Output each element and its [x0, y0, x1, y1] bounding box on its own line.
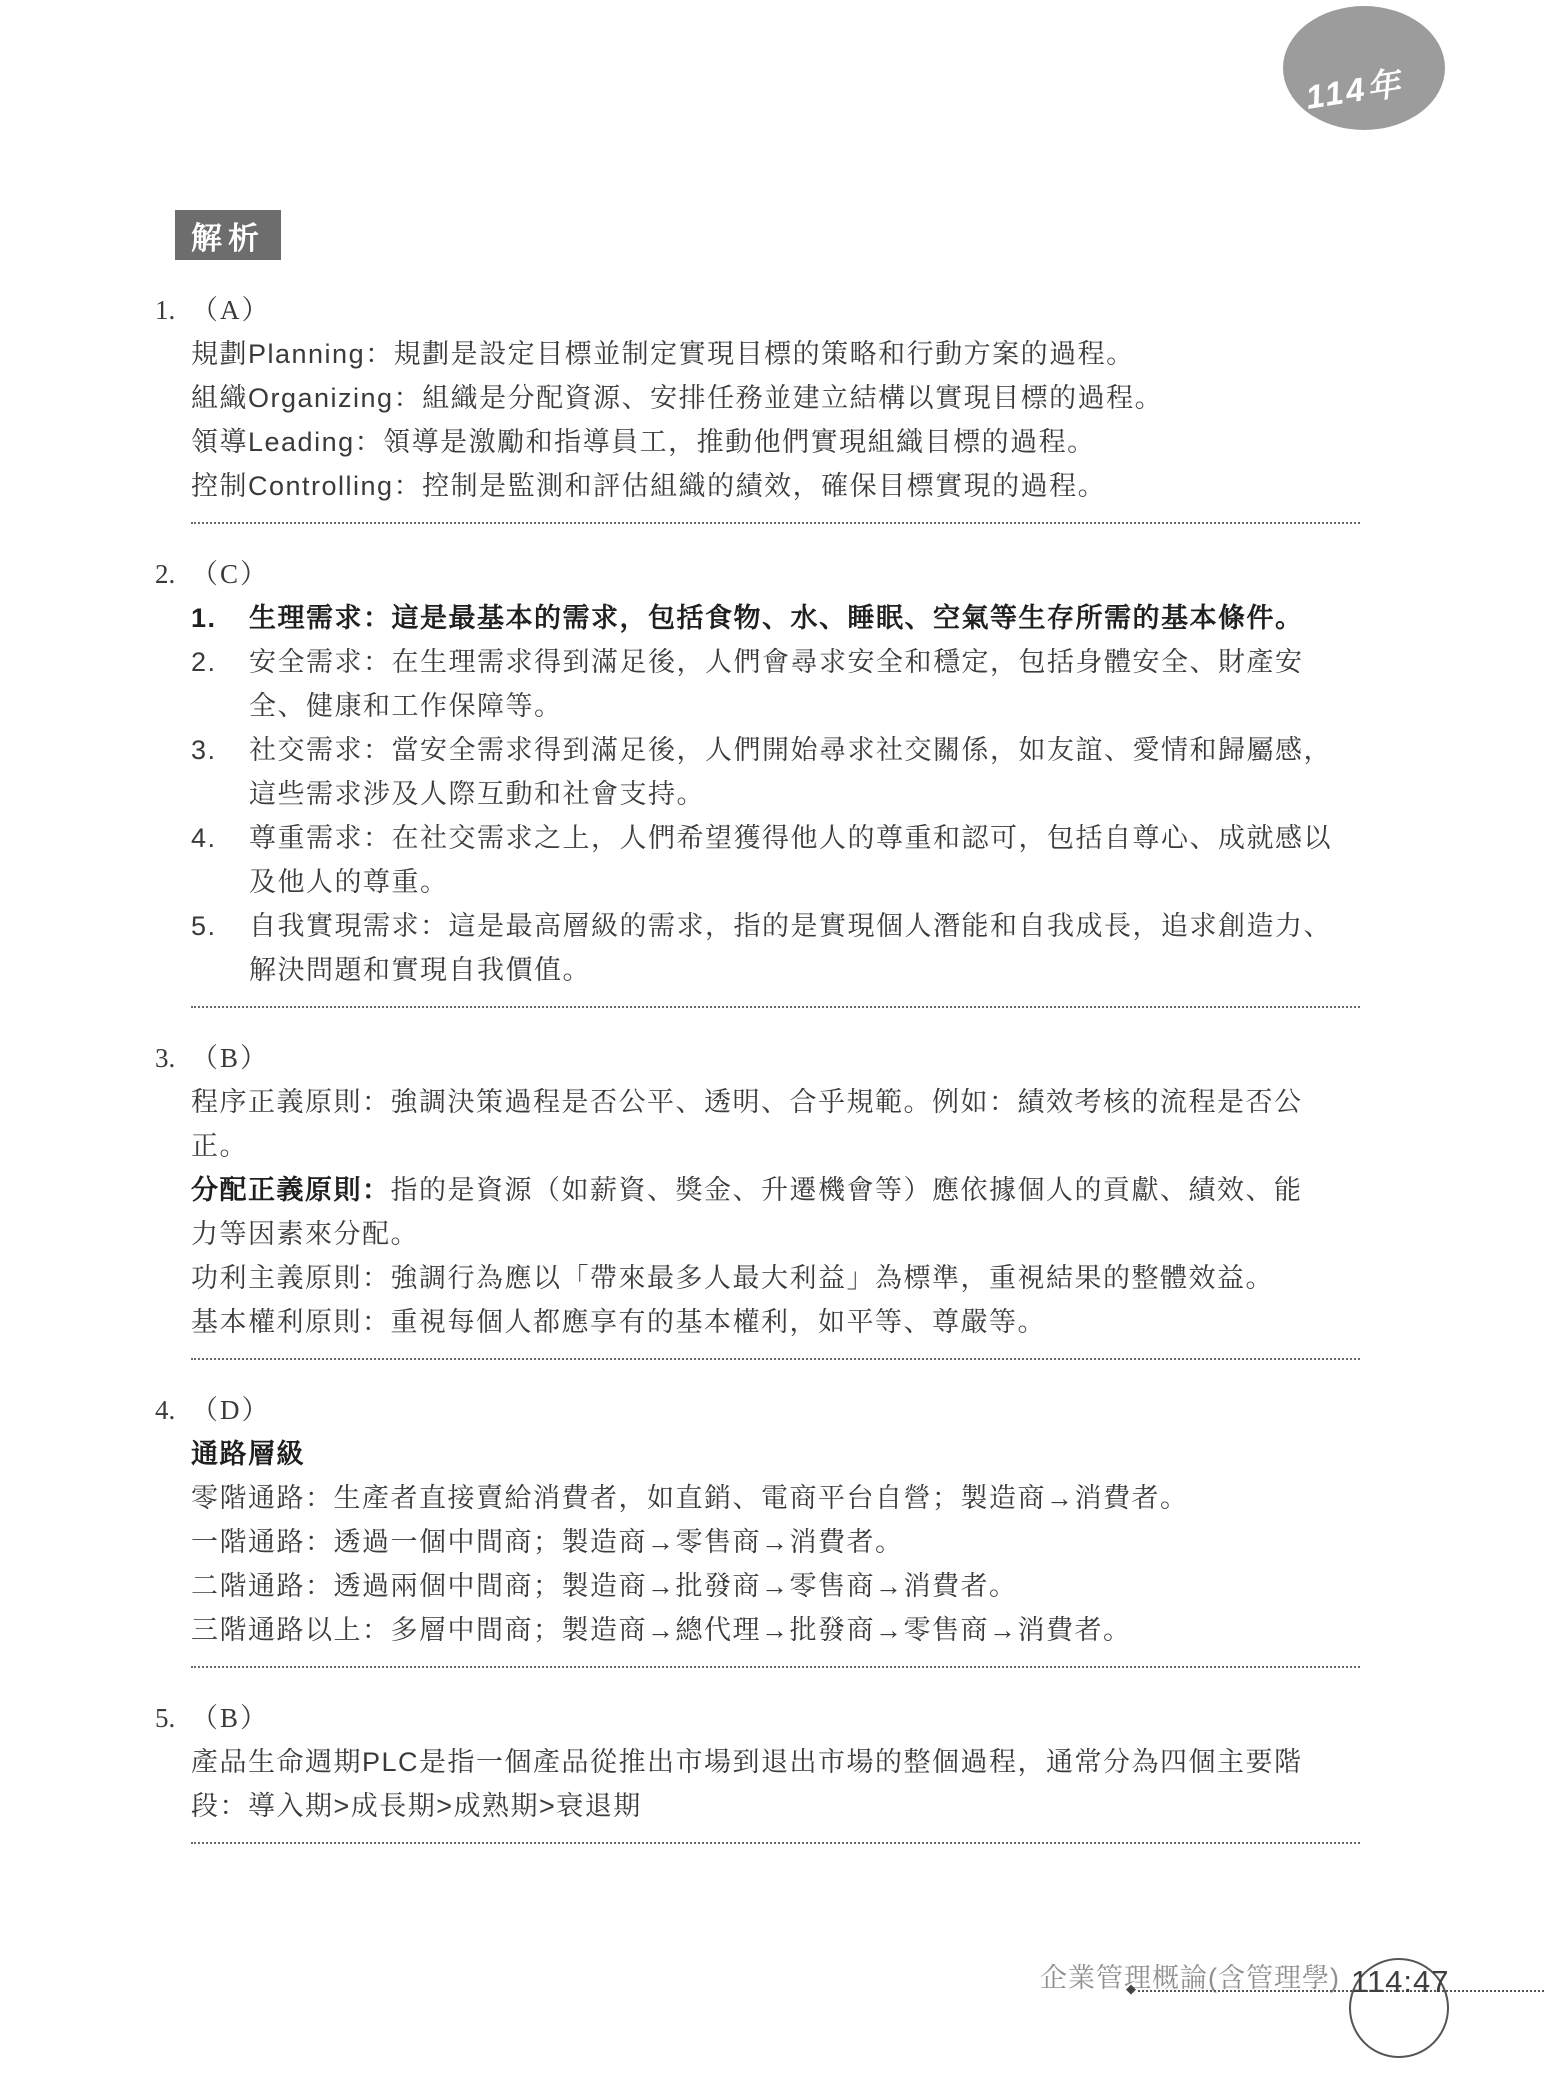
text-segment: 組織Organizing：組織是分配資源、安排任務並建立結構以實現目標的過程。 [191, 383, 1163, 413]
sub-item: 3.社交需求：當安全需求得到滿足後，人們開始尋求社交關係，如友誼、愛情和歸屬感，… [191, 728, 1360, 816]
item-answer: （B） [191, 1036, 1360, 1080]
text-segment: 領導Leading：領導是激勵和指導員工，推動他們實現組織目標的過程。 [191, 427, 1096, 457]
item-answer: （B） [191, 1696, 1360, 1740]
text-segment: 生理需求：這是最基本的需求，包括食物、水、睡眠、空氣等生存所需的基本條件。 [249, 603, 1304, 633]
item-body: （A） 規劃Planning：規劃是設定目標並制定實現目標的策略和行動方案的過程… [191, 288, 1360, 552]
paragraph: 產品生命週期PLC是指一個產品從推出市場到退出市場的整個過程，通常分為四個主要階… [191, 1740, 1360, 1828]
sub-item-number: 1. [191, 596, 223, 640]
text-segment: 尊重需求：在社交需求之上，人們希望獲得他人的尊重和認可，包括自尊心、成就感以 及… [249, 823, 1332, 897]
item-separator-dotted-rule [191, 1358, 1360, 1360]
footer-rule [1138, 1990, 1544, 1992]
item-paragraphs: 通路層級零階通路：生產者直接賣給消費者，如直銷、電商平台自營；製造商→消費者。一… [191, 1432, 1360, 1652]
item-body: （B） 程序正義原則：強調決策過程是否公平、透明、合乎規範。例如：績效考核的流程… [191, 1036, 1360, 1388]
item-body: （B） 產品生命週期PLC是指一個產品從推出市場到退出市場的整個過程，通常分為四… [191, 1696, 1360, 1872]
item-separator-dotted-rule [191, 522, 1360, 524]
paragraph: 通路層級 [191, 1432, 1360, 1476]
paragraph: 程序正義原則：強調決策過程是否公平、透明、合乎規範。例如：績效考核的流程是否公 … [191, 1080, 1360, 1168]
paragraph: 領導Leading：領導是激勵和指導員工，推動他們實現組織目標的過程。 [191, 420, 1360, 464]
section-label-box: 解析 [175, 210, 281, 260]
text-segment: 通路層級 [191, 1439, 305, 1469]
paragraph: 組織Organizing：組織是分配資源、安排任務並建立結構以實現目標的過程。 [191, 376, 1360, 420]
item-answer: （C） [191, 552, 1360, 596]
section-label: 解析 [191, 213, 265, 258]
book-page: 114年 解析 1. （A） 規劃Planning：規劃是設定目標並制定實現目標… [0, 0, 1544, 2095]
item-number: 1. [155, 288, 191, 552]
item-separator-dotted-rule [191, 1666, 1360, 1668]
paragraph: 功利主義原則：強調行為應以「帶來最多人最大利益」為標準，重視結果的整體效益。 [191, 1256, 1360, 1300]
item-body: （D） 通路層級零階通路：生產者直接賣給消費者，如直銷、電商平台自營；製造商→消… [191, 1388, 1360, 1696]
text-segment: 功利主義原則：強調行為應以「帶來最多人最大利益」為標準，重視結果的整體效益。 [191, 1263, 1274, 1293]
text-segment: 三階通路以上：多層中間商；製造商→總代理→批發商→零售商→消費者。 [191, 1615, 1132, 1645]
paragraph: 一階通路：透過一個中間商；製造商→零售商→消費者。 [191, 1520, 1360, 1564]
item-number: 2. [155, 552, 191, 1036]
paragraph: 二階通路：透過兩個中間商；製造商→批發商→零售商→消費者。 [191, 1564, 1360, 1608]
text-segment: 基本權利原則：重視每個人都應享有的基本權利，如平等、尊嚴等。 [191, 1307, 1046, 1337]
text-segment: 一階通路：透過一個中間商；製造商→零售商→消費者。 [191, 1527, 904, 1557]
text-segment: 程序正義原則：強調決策過程是否公平、透明、合乎規範。例如：績效考核的流程是否公 … [191, 1087, 1303, 1161]
paragraph: 三階通路以上：多層中間商；製造商→總代理→批發商→零售商→消費者。 [191, 1608, 1360, 1652]
text-segment: 零階通路：生產者直接賣給消費者，如直銷、電商平台自營；製造商→消費者。 [191, 1483, 1189, 1513]
year-badge: 114年 [1283, 6, 1445, 130]
text-segment: 社交需求：當安全需求得到滿足後，人們開始尋求社交關係，如友誼、愛情和歸屬感， 這… [249, 735, 1332, 809]
paragraph: 基本權利原則：重視每個人都應享有的基本權利，如平等、尊嚴等。 [191, 1300, 1360, 1344]
item-paragraphs: 1.生理需求：這是最基本的需求，包括食物、水、睡眠、空氣等生存所需的基本條件。2… [191, 596, 1360, 992]
sub-item: 5.自我實現需求：這是最高層級的需求，指的是實現個人潛能和自我成長，追求創造力、… [191, 904, 1360, 992]
solution-item: 4. （D） 通路層級零階通路：生產者直接賣給消費者，如直銷、電商平台自營；製造… [155, 1388, 1360, 1696]
item-paragraphs: 規劃Planning：規劃是設定目標並制定實現目標的策略和行動方案的過程。組織O… [191, 332, 1360, 508]
solution-item: 1. （A） 規劃Planning：規劃是設定目標並制定實現目標的策略和行動方案… [155, 288, 1360, 552]
paragraph: 規劃Planning：規劃是設定目標並制定實現目標的策略和行動方案的過程。 [191, 332, 1360, 376]
item-separator-dotted-rule [191, 1842, 1360, 1844]
text-segment: 安全需求：在生理需求得到滿足後，人們會尋求安全和穩定，包括身體安全、財產安 全、… [249, 647, 1304, 721]
sub-item: 1.生理需求：這是最基本的需求，包括食物、水、睡眠、空氣等生存所需的基本條件。 [191, 596, 1360, 640]
sub-item-number: 2. [191, 640, 223, 684]
paragraph: 控制Controlling：控制是監測和評估組織的績效，確保目標實現的過程。 [191, 464, 1360, 508]
year-badge-label: 114年 [1302, 52, 1438, 119]
solution-item: 5. （B） 產品生命週期PLC是指一個產品從推出市場到退出市場的整個過程，通常… [155, 1696, 1360, 1872]
text-segment: 產品生命週期PLC是指一個產品從推出市場到退出市場的整個過程，通常分為四個主要階… [191, 1747, 1303, 1821]
paragraph: 分配正義原則：指的是資源（如薪資、獎金、升遷機會等）應依據個人的貢獻、績效、能 … [191, 1168, 1360, 1256]
item-paragraphs: 產品生命週期PLC是指一個產品從推出市場到退出市場的整個過程，通常分為四個主要階… [191, 1740, 1360, 1828]
solution-list: 1. （A） 規劃Planning：規劃是設定目標並制定實現目標的策略和行動方案… [155, 288, 1360, 1872]
text-segment: 控制Controlling：控制是監測和評估組織的績效，確保目標實現的過程。 [191, 471, 1106, 501]
sub-item: 2.安全需求：在生理需求得到滿足後，人們會尋求安全和穩定，包括身體安全、財產安 … [191, 640, 1360, 728]
text-segment: 二階通路：透過兩個中間商；製造商→批發商→零售商→消費者。 [191, 1571, 1018, 1601]
sub-item-number: 5. [191, 904, 223, 948]
item-paragraphs: 程序正義原則：強調決策過程是否公平、透明、合乎規範。例如：績效考核的流程是否公 … [191, 1080, 1360, 1344]
item-answer: （A） [191, 288, 1360, 332]
item-separator-dotted-rule [191, 1006, 1360, 1008]
solution-item: 3. （B） 程序正義原則：強調決策過程是否公平、透明、合乎規範。例如：績效考核… [155, 1036, 1360, 1388]
solution-item: 2. （C） 1.生理需求：這是最基本的需求，包括食物、水、睡眠、空氣等生存所需… [155, 552, 1360, 1036]
text-segment: 自我實現需求：這是最高層級的需求，指的是實現個人潛能和自我成長，追求創造力、 解… [249, 911, 1332, 985]
text-segment: 規劃Planning：規劃是設定目標並制定實現目標的策略和行動方案的過程。 [191, 339, 1135, 369]
sub-item-number: 4. [191, 816, 223, 860]
sub-item-number: 3. [191, 728, 223, 772]
page-number-badge: 114:47 [1349, 1958, 1449, 2058]
item-number: 3. [155, 1036, 191, 1388]
item-answer: （D） [191, 1388, 1360, 1432]
item-body: （C） 1.生理需求：這是最基本的需求，包括食物、水、睡眠、空氣等生存所需的基本… [191, 552, 1360, 1036]
sub-item: 4.尊重需求：在社交需求之上，人們希望獲得他人的尊重和認可，包括自尊心、成就感以… [191, 816, 1360, 904]
paragraph: 零階通路：生產者直接賣給消費者，如直銷、電商平台自營；製造商→消費者。 [191, 1476, 1360, 1520]
diamond-icon: ◆ [1126, 1981, 1136, 1997]
item-number: 4. [155, 1388, 191, 1696]
page-number: 114:47 [1351, 1964, 1450, 1999]
item-number: 5. [155, 1696, 191, 1872]
text-segment: 分配正義原則： [191, 1175, 391, 1205]
